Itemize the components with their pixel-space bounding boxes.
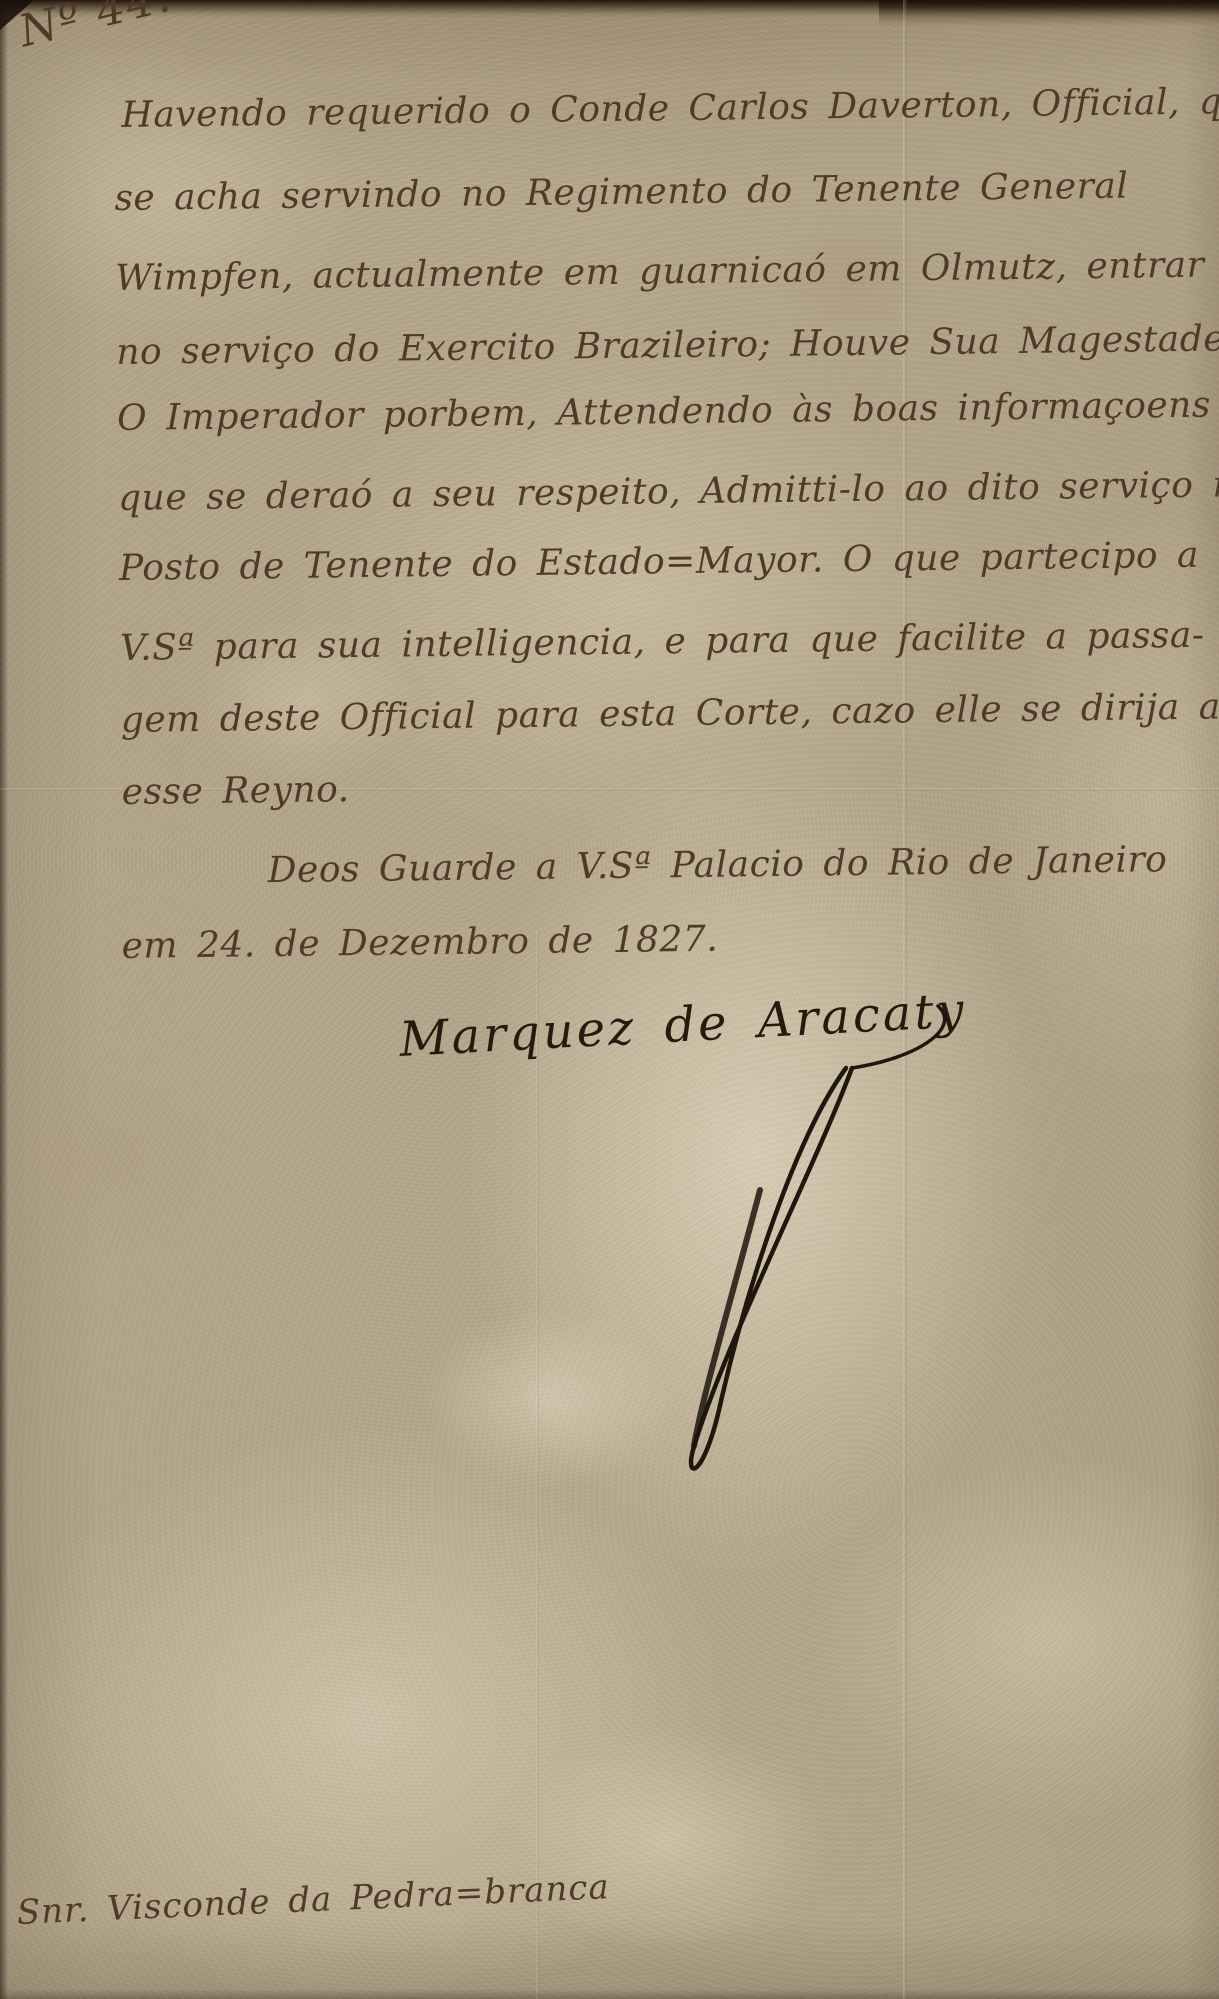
top-edge-shadow-right (879, 0, 1219, 26)
manuscript-page: Nº 44. Havendo requerido o Conde Carlos … (0, 0, 1219, 1999)
vertical-fold-line-2 (536, 930, 539, 1999)
paper-grain-texture (0, 0, 1219, 1999)
letter-line: esse Reyno. (121, 769, 349, 813)
left-edge-shadow (0, 0, 8, 1999)
bottom-edge-shadow (0, 1989, 1219, 1999)
closing-line-2: em 24. de Dezembro de 1827. (121, 919, 718, 967)
